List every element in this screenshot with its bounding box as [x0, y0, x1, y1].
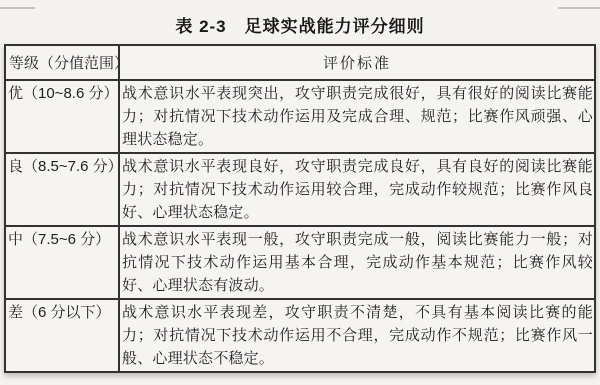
grade-cell: 优（10~8.6 分）	[5, 80, 119, 153]
cropped-text-remnant-left	[0, 7, 35, 9]
grade-cell: 差（6 分以下）	[5, 299, 119, 372]
criteria-cell: 战术意识水平表现一般，攻守职责完成一般，阅读比赛能力一般；对抗情况下技术动作运用…	[119, 226, 595, 299]
header-criteria-column: 评价标准	[119, 45, 595, 80]
table-row-good: 良（8.5~7.6 分） 战术意识水平表现良好，攻守职责完成良好，具有良好的阅读…	[5, 153, 595, 226]
criteria-cell: 战术意识水平表现差，攻守职责不清楚，不具有基本阅读比赛的能力；对抗情况下技术动作…	[119, 299, 595, 372]
grade-cell: 中（7.5~6 分）	[5, 226, 119, 299]
table-row-excellent: 优（10~8.6 分） 战术意识水平表现突出，攻守职责完成很好，具有很好的阅读比…	[5, 80, 595, 153]
table-row-medium: 中（7.5~6 分） 战术意识水平表现一般，攻守职责完成一般，阅读比赛能力一般；…	[5, 226, 595, 299]
scoring-rubric-table: 等级（分值范围） 评价标准 优（10~8.6 分） 战术意识水平表现突出，攻守职…	[4, 44, 596, 373]
header-grade-column: 等级（分值范围）	[5, 45, 119, 80]
criteria-cell: 战术意识水平表现突出，攻守职责完成很好，具有很好的阅读比赛能力；对抗情况下技术动…	[119, 80, 595, 153]
cropped-text-remnant-right	[558, 7, 600, 9]
grade-cell: 良（8.5~7.6 分）	[5, 153, 119, 226]
table-row-poor: 差（6 分以下） 战术意识水平表现差，攻守职责不清楚，不具有基本阅读比赛的能力；…	[5, 299, 595, 372]
table-caption: 表 2-3 足球实战能力评分细则	[0, 0, 600, 34]
header-row: 等级（分值范围） 评价标准	[5, 45, 595, 80]
criteria-cell: 战术意识水平表现良好，攻守职责完成良好，具有良好的阅读比赛能力；对抗情况下技术动…	[119, 153, 595, 226]
